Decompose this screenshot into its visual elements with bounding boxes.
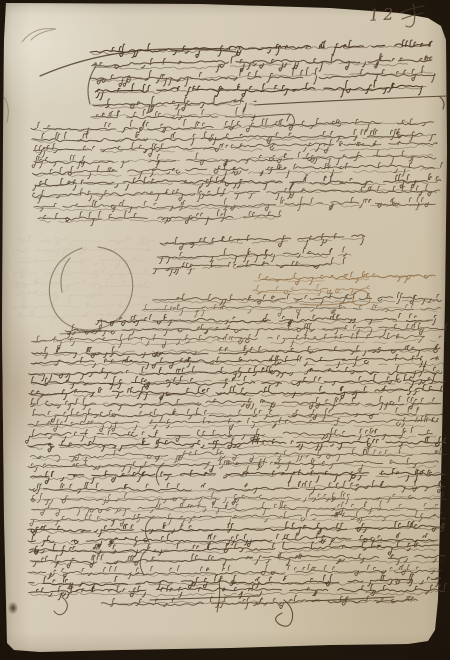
folio-number: 12 [369,4,398,24]
manuscript-photo: 12 [0,0,450,660]
manuscript-page [0,0,450,660]
